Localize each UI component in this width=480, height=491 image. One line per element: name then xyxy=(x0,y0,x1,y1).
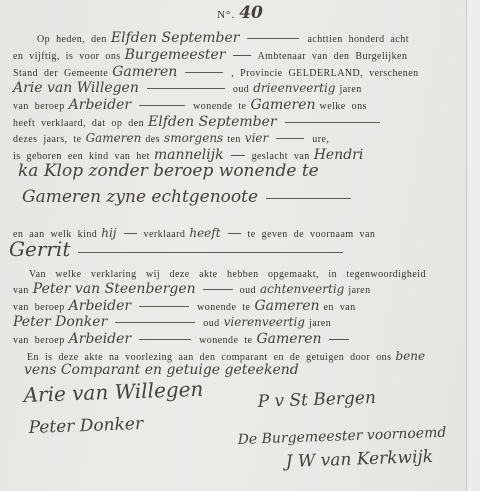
fill-rule xyxy=(115,320,195,323)
handwritten-bene: bene xyxy=(395,349,425,363)
handwritten-comparant-name: Arie van Willegen xyxy=(13,80,139,96)
handwritten-witness1-name: Peter van Steenbergen xyxy=(33,281,196,297)
fill-rule xyxy=(247,36,299,39)
handwritten-witness1-woonplaats: Gameren xyxy=(254,298,319,314)
fill-dash xyxy=(329,337,349,340)
printed-segment: wonende te xyxy=(197,302,250,313)
handwritten-moeder-part1: Hendri xyxy=(314,147,364,163)
printed-segment: ure, xyxy=(312,134,329,145)
handwritten-closing: vens Comparant en getuige geteekend xyxy=(24,362,299,378)
printed-segment: oud xyxy=(233,84,249,95)
paper-margin-shading xyxy=(467,0,480,491)
handwritten-birth-date: Elfden September xyxy=(148,114,277,130)
printed-segment: wonende te xyxy=(193,101,246,112)
handwritten-signature: P v St Bergen xyxy=(257,388,376,412)
signature-comparant: Arie van Willegen xyxy=(23,377,204,407)
signature-official: J W van Kerkwijk xyxy=(285,447,433,472)
fill-rule xyxy=(139,337,191,340)
signature-witness2: Peter Donker xyxy=(28,414,143,438)
printed-segment: wonende te xyxy=(199,335,252,346)
printed-segment: en van xyxy=(324,302,356,313)
printed-segment: jaren xyxy=(309,318,331,329)
line-birth-place-time: dezes jaars, te Gameren des smorgens ten… xyxy=(13,129,329,147)
printed-segment: jaren xyxy=(339,84,361,95)
birth-act-document: N°. 40 Op heden, den Elfden September ac… xyxy=(0,0,480,491)
printed-segment: Op heden, den xyxy=(37,34,107,45)
printed-segment: dezes jaars, te xyxy=(13,134,82,145)
line-child-name: Gerrit xyxy=(9,237,347,261)
act-number-value: 40 xyxy=(239,3,263,23)
line-echtgenoote: Gameren zyne echtgenoote xyxy=(22,187,355,207)
line-closing-handwritten: vens Comparant en getuige geteekend xyxy=(24,361,299,379)
line-official: en vijftig, is voor ons Burgemeester Amb… xyxy=(13,46,407,64)
printed-segment: ten xyxy=(227,134,241,145)
fill-rule xyxy=(139,304,189,307)
printed-segment: van beroep xyxy=(13,101,65,112)
printed-segment: Ambtenaar van den Burgelijken xyxy=(258,51,408,62)
act-number: N°. 40 xyxy=(0,3,480,23)
printed-segment: achttien honderd acht xyxy=(307,34,409,45)
fill-rule xyxy=(285,120,380,123)
handwritten-official-title: Burgemeester xyxy=(125,47,226,63)
handwritten-plaats: Gameren xyxy=(86,131,142,145)
handwritten-woonplaats: Gameren xyxy=(250,97,315,113)
printed-segment: Stand der Gemeente xyxy=(13,68,108,79)
handwritten-beroep: Arbeider xyxy=(69,97,131,113)
fill-rule xyxy=(78,250,343,253)
fill-dash xyxy=(124,231,137,234)
fill-rule xyxy=(266,196,351,199)
printed-segment: des xyxy=(145,134,160,145)
printed-segment: en vijftig, is voor ons xyxy=(13,51,121,62)
handwritten-witness1-beroep: Arbeider xyxy=(69,298,131,314)
handwritten-gemeente: Gameren xyxy=(112,64,177,80)
handwritten-moeder-part2: ka Klop zonder beroep wonende te xyxy=(18,161,319,181)
fill-rule xyxy=(276,136,304,139)
line-witness2-beroep: van beroep Arbeider wonende te Gameren xyxy=(13,330,352,348)
handwritten-witness2-age: vierenveertig xyxy=(224,315,305,329)
handwritten-witness2-woonplaats: Gameren xyxy=(256,331,321,347)
signature-official-title: De Burgemeester voornoemd xyxy=(237,424,446,449)
handwritten-witness2-name: Peter Donker xyxy=(13,314,107,330)
printed-segment: welke ons xyxy=(320,101,367,112)
line-comparant: Arie van Willegen oud drieenveertig jare… xyxy=(13,79,362,97)
line-witness1: van Peter van Steenbergen oud achtenveer… xyxy=(13,280,371,298)
line-moeder: ka Klop zonder beroep wonende te xyxy=(18,161,319,181)
printed-segment: Van welke verklaring wij deze akte hebbe… xyxy=(29,269,426,280)
handwritten-witness1-age: achtenveertig xyxy=(260,282,344,296)
printed-segment: van beroep xyxy=(13,335,65,346)
handwritten-signature: Arie van Willegen xyxy=(23,377,204,407)
handwritten-dagdeel: smorgens xyxy=(164,131,223,145)
fill-dash xyxy=(228,231,241,234)
line-opening-date: Op heden, den Elfden September achttien … xyxy=(37,29,409,47)
printed-segment: van beroep xyxy=(13,302,65,313)
handwritten-signature: Peter Donker xyxy=(28,414,143,438)
handwritten-signature: J W van Kerkwijk xyxy=(285,447,433,472)
fill-dash xyxy=(203,287,233,290)
handwritten-age: drieenveertig xyxy=(253,81,335,95)
handwritten-official-title: De Burgemeester voornoemd xyxy=(237,425,446,448)
handwritten-child-name: Gerrit xyxy=(9,237,70,261)
fill-dash xyxy=(231,153,245,156)
fill-rule xyxy=(147,86,225,89)
printed-segment: heeft verklaard, dat op den xyxy=(13,118,144,129)
line-beroep-comparant: van beroep Arbeider wonende te Gameren w… xyxy=(13,96,367,114)
printed-segment: van xyxy=(13,285,29,296)
handwritten-witness2-beroep: Arbeider xyxy=(69,331,131,347)
fill-rule xyxy=(185,70,223,73)
signature-witness1: P v St Bergen xyxy=(257,388,376,412)
handwritten-date: Elfden September xyxy=(111,30,240,46)
handwritten-echtgenoote: Gameren zyne echtgenoote xyxy=(22,187,258,207)
printed-segment: , Provincie GELDERLAND, verschenen xyxy=(231,68,418,79)
fill-rule xyxy=(139,103,185,106)
act-number-label: N°. xyxy=(217,9,235,21)
fill-dash xyxy=(233,53,251,56)
printed-segment: oud xyxy=(203,318,219,329)
printed-segment: jaren xyxy=(348,285,370,296)
printed-segment: oud xyxy=(240,285,256,296)
line-witness2: Peter Donker oud vierenveertig jaren xyxy=(13,313,331,331)
handwritten-uur: vier xyxy=(245,131,268,145)
